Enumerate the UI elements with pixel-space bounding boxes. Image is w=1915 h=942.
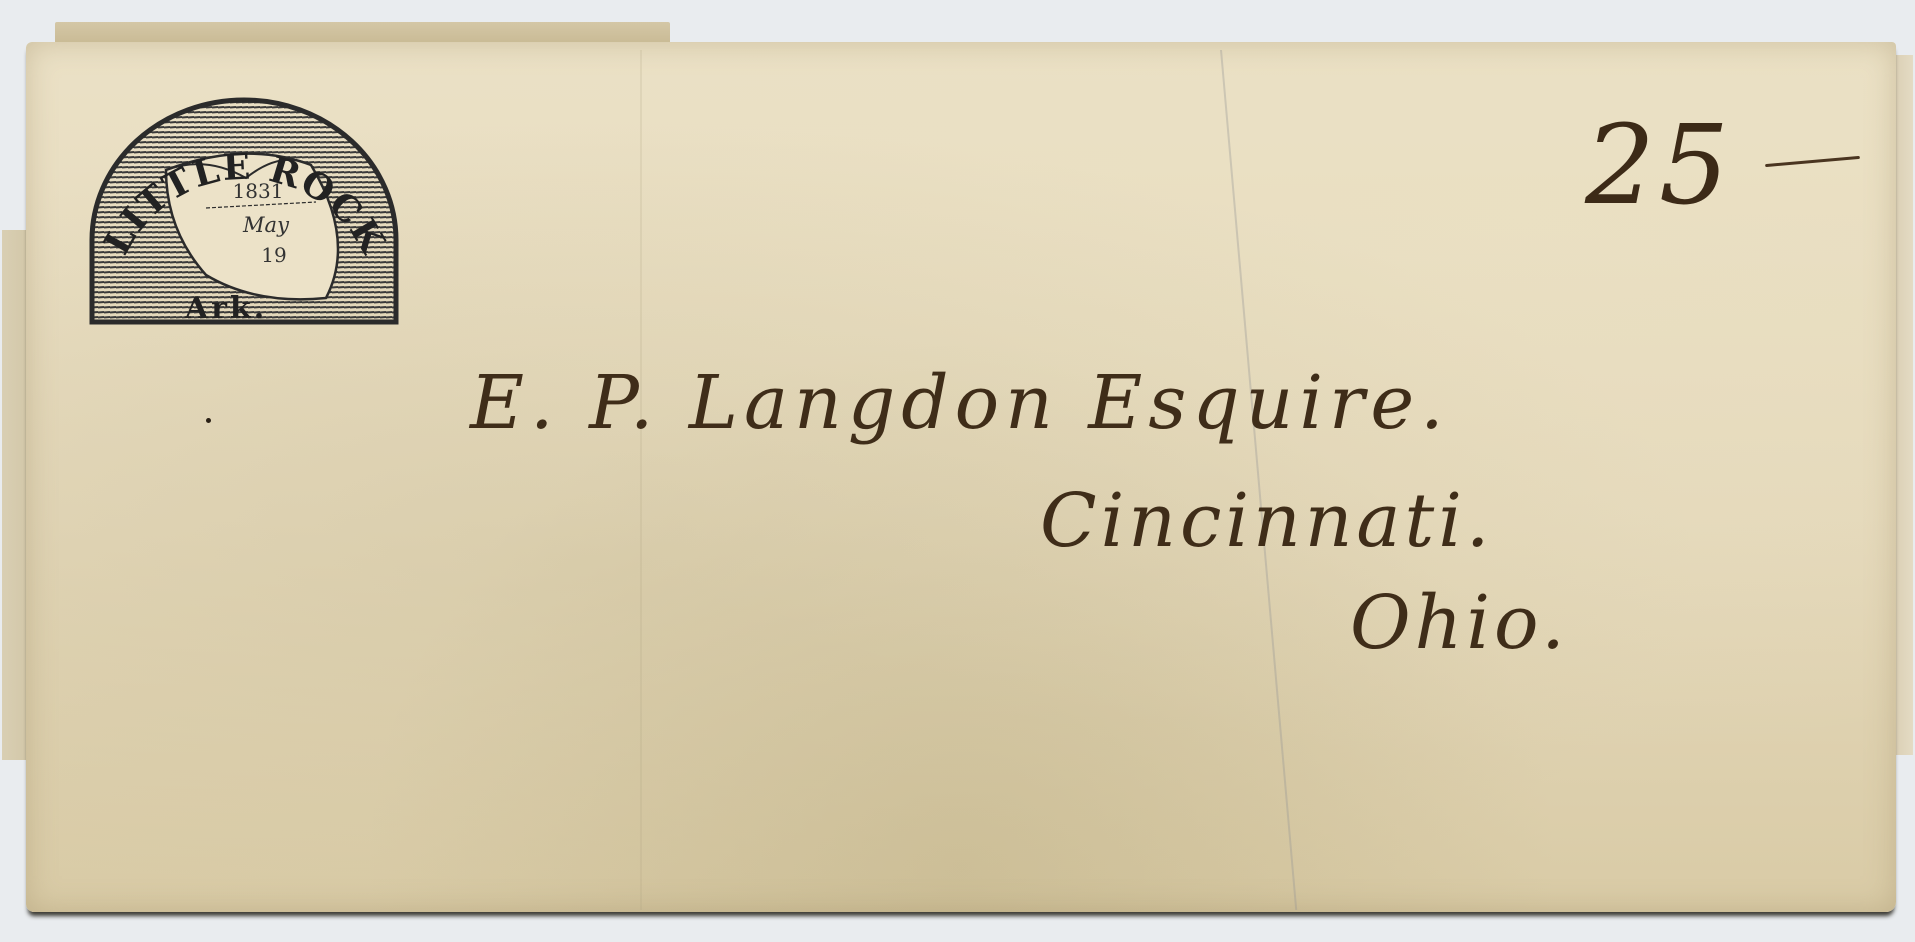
address-state: Ohio. (1350, 580, 1569, 666)
address-city: Cincinnati. (1040, 478, 1493, 564)
little-rock-postmark: LITTLE ROCK 1831 May 19 Ark. (86, 90, 402, 326)
addressee-name: E. P. Langdon Esquire. (470, 360, 1450, 446)
postmark-year: 1831 (233, 179, 284, 203)
postmark-month: May (242, 213, 290, 237)
postmark-state: Ark. (184, 291, 267, 326)
postmark-day: 19 (261, 243, 286, 267)
postmark-handstamp-icon: LITTLE ROCK 1831 May 19 Ark. (86, 90, 402, 326)
ink-speck (206, 418, 211, 423)
manuscript-rate: 25 (1585, 110, 1733, 220)
fold-crease-left (640, 50, 642, 910)
